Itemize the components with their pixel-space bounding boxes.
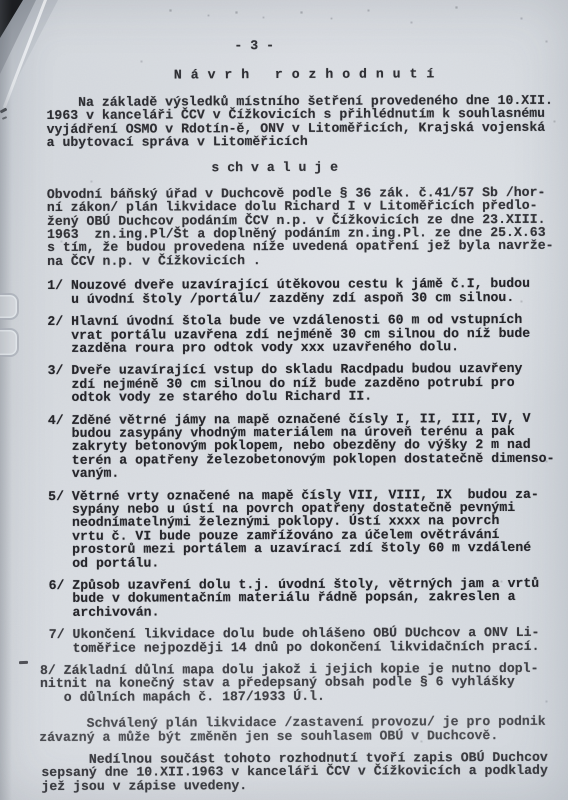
intro-paragraph: Na základě výsledků místního šetření pro…	[46, 94, 562, 150]
decision-item-5: 5/ Větrné vrty označené na mapě čísly VI…	[48, 487, 564, 570]
decision-item-3: 3/ Dveře uzavírající vstup do skladu Rac…	[48, 362, 564, 404]
document-title: N á v r h r o z h o d n u t í	[46, 67, 562, 83]
decision-item-8: 8/ Základní důlní mapa dolu jakož i jeji…	[40, 662, 565, 705]
document-photo: - 3 - N á v r h r o z h o d n u t í Na z…	[0, 0, 568, 800]
punch-hole	[0, 328, 19, 357]
margin-dash	[19, 661, 28, 664]
left-edge-shadow	[0, 0, 12, 800]
decision-items-list: 1/ Nouzové dveře uzavírající útěkovou ce…	[47, 277, 565, 704]
decision-item-7: 7/ Ukončení likvidace dolu bude ohlášeno…	[49, 626, 565, 655]
decision-item-1: 1/ Nouzové dveře uzavírající útěkovou ce…	[47, 277, 563, 306]
page-number: - 3 -	[46, 38, 562, 54]
decision-item-6: 6/ Způsob uzavření dolu t.j. úvodní štol…	[49, 577, 565, 619]
typed-content: - 3 - N á v r h r o z h o d n u t í Na z…	[46, 0, 565, 793]
approval-heading: s ch v a l u j e	[47, 160, 563, 176]
closing-paragraph-1: Schválený plán likvidace /zastavení prov…	[39, 715, 565, 744]
closing-paragraph-2: Nedílnou součást tohoto rozhodnutí tvoří…	[41, 751, 565, 794]
decision-item-4: 4/ Zděné větrné jámy na mapě označené čí…	[48, 411, 564, 480]
approval-paragraph: Obvodní báňský úřad v Duchcově podle § 3…	[47, 186, 563, 269]
punch-hole	[0, 293, 19, 320]
photo-speckles	[0, 0, 1, 1]
corner-smudge	[2, 116, 7, 120]
decision-item-2: 2/ Hlavní úvodní štola bude ve vzdálenos…	[47, 313, 563, 355]
